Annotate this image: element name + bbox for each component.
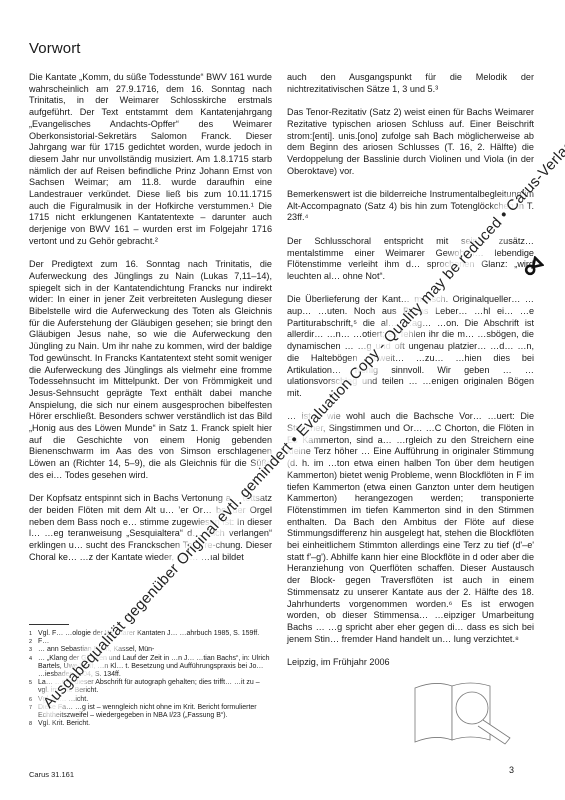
footnote-rule	[29, 624, 69, 625]
date-line: Leipzig, im Frühjahr 2006	[287, 657, 534, 669]
book-magnifier-icon	[410, 680, 520, 750]
carus-logo-icon	[522, 256, 544, 278]
footnote-text: Vgl. Krit. Bericht.	[38, 720, 272, 728]
footnote-text: Vgl. F… …ologie der Weimarer Kantaten J……	[38, 630, 272, 638]
footnote-number: 1	[29, 630, 38, 638]
page-number: 3	[509, 765, 514, 775]
footnote: 1Vgl. F… …ologie der Weimarer Kantaten J…	[29, 630, 272, 638]
right-column: auch den Ausgangspunkt für die Melodik d…	[287, 72, 534, 669]
footnote: 8Vgl. Krit. Bericht.	[29, 720, 272, 728]
footnote-number: 2	[29, 638, 38, 646]
paragraph: auch den Ausgangspunkt für die Melodik d…	[287, 72, 534, 95]
paragraph: Das Tenor-Rezitativ (Satz 2) weist einen…	[287, 107, 534, 177]
paragraph: … ist – wie wohl auch die Bachsche Vor… …	[287, 411, 534, 645]
footnote: 3… ann Sebastian Bach, Kassel, Mün-	[29, 646, 272, 654]
footnote: 2F…	[29, 638, 272, 646]
paragraph: Der Predigtext zum 16. Sonntag nach Trin…	[29, 259, 272, 481]
paragraph: Die Kantate „Komm, du süße Todesstunde“ …	[29, 72, 272, 248]
footnote-number: 5	[29, 679, 38, 695]
footnote-number: 3	[29, 646, 38, 654]
footnote-number: 8	[29, 720, 38, 728]
page-title: Vorwort	[29, 40, 81, 57]
footnote-text: … ann Sebastian Bach, Kassel, Mün-	[38, 646, 272, 654]
footnote-text: F…	[38, 638, 272, 646]
catalog-number: Carus 31.161	[29, 770, 74, 779]
footnote-text: Diese Fa… …g ist – wenngleich nicht ohne…	[38, 704, 272, 720]
footnote-number: 4	[29, 655, 38, 680]
